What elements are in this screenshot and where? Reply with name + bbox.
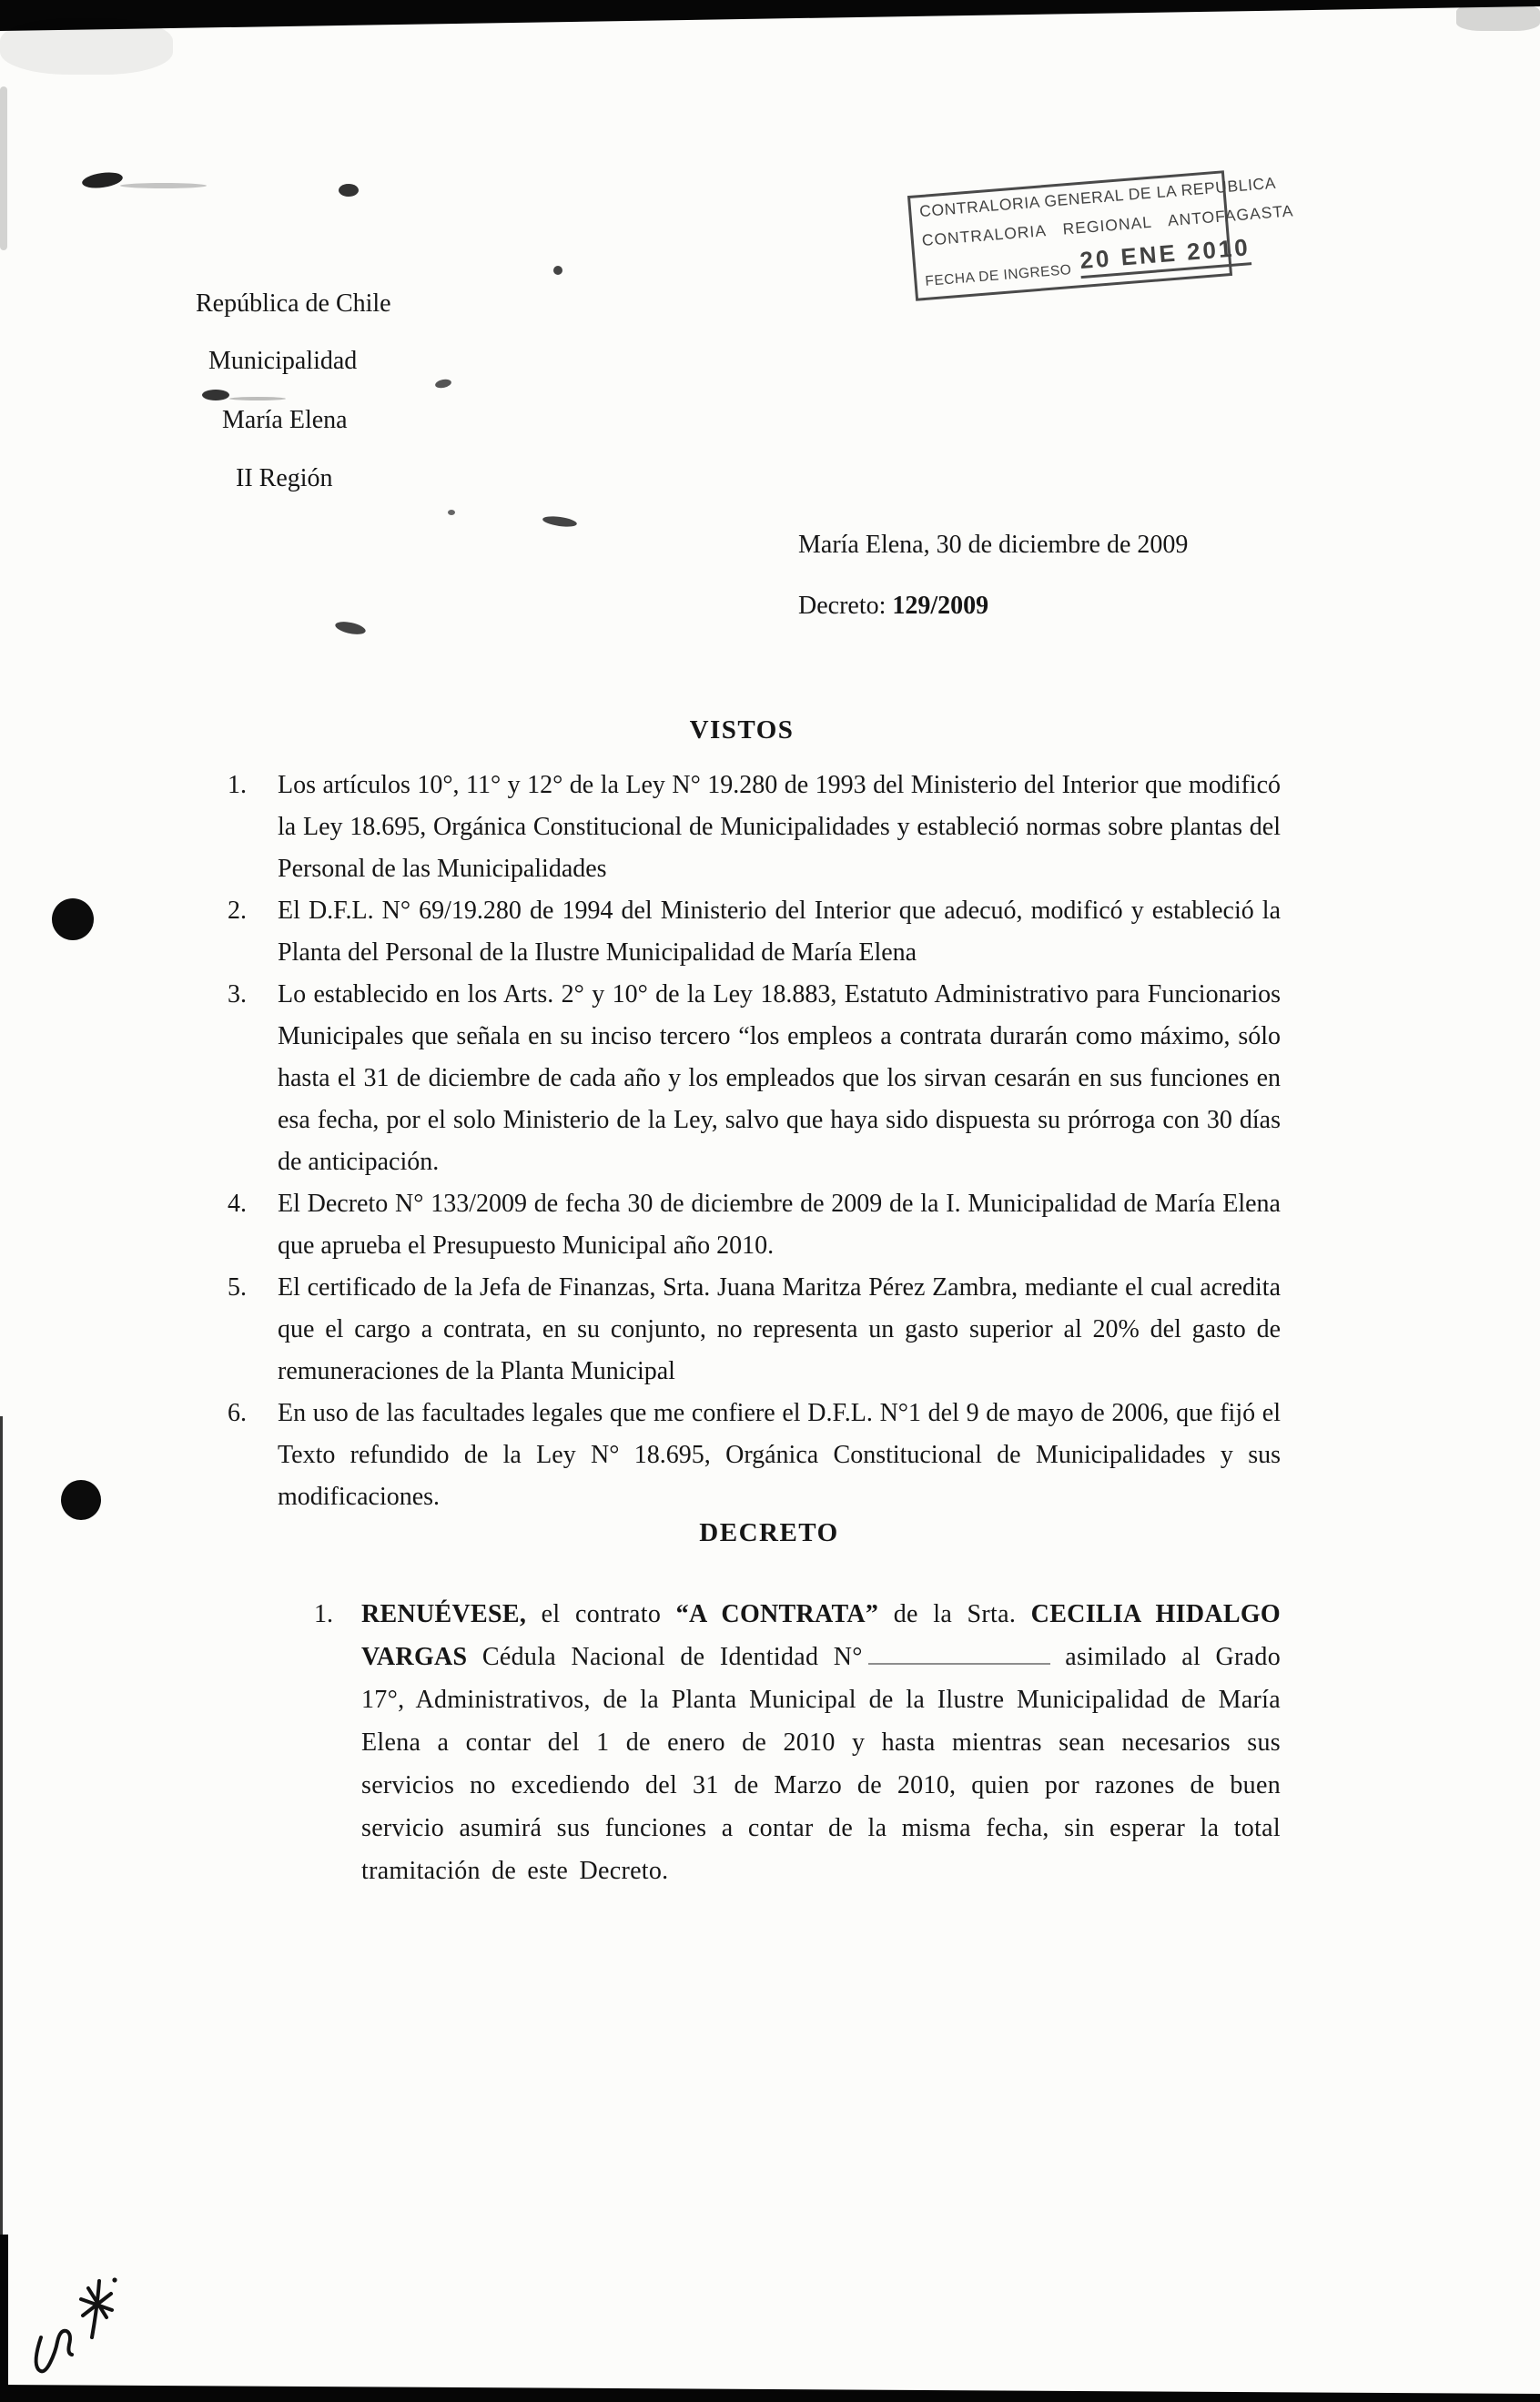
ink-smudge xyxy=(202,390,229,400)
ink-smudge xyxy=(542,514,577,528)
letterhead-line: II Región xyxy=(236,464,333,493)
ink-smudge xyxy=(81,170,124,190)
letterhead-line: Municipalidad xyxy=(208,347,357,376)
ink-smudge xyxy=(229,397,286,400)
letterhead-line: María Elena xyxy=(222,406,348,435)
redacted-id-blank xyxy=(868,1650,1050,1665)
item-text: El D.F.L. N° 69/19.280 de 1994 del Minis… xyxy=(278,890,1281,974)
item-text: El Decreto N° 133/2009 de fecha 30 de di… xyxy=(278,1183,1281,1267)
item-text: RENUÉVESE, el contrato “A CONTRATA” de l… xyxy=(361,1593,1281,1892)
item-text-segment: asimilado al Grado 17°, Administrativos,… xyxy=(361,1643,1281,1885)
ink-smudge xyxy=(448,510,455,515)
list-item: 1. RENUÉVESE, el contrato “A CONTRATA” d… xyxy=(314,1593,1281,1892)
ink-smudge xyxy=(334,620,367,637)
scan-edge-left xyxy=(0,1416,3,2245)
item-number: 3. xyxy=(228,974,278,1183)
scan-edge-top xyxy=(0,0,1540,33)
list-item: 3. Lo establecido en los Arts. 2° y 10° … xyxy=(228,974,1281,1183)
hole-punch-mark xyxy=(52,898,94,940)
decreto-heading: DECRETO xyxy=(228,1518,1311,1548)
item-number: 4. xyxy=(228,1183,278,1267)
item-number: 2. xyxy=(228,890,278,974)
list-item: 1. Los artículos 10°, 11° y 12° de la Le… xyxy=(228,765,1281,890)
decreto-list: 1. RENUÉVESE, el contrato “A CONTRATA” d… xyxy=(314,1593,1281,1892)
scanned-page: CONTRALORIA GENERAL DE LA REPUBLICA CONT… xyxy=(0,0,1540,2402)
scan-speckle-left xyxy=(0,86,7,250)
item-number: 5. xyxy=(228,1267,278,1393)
ink-smudge xyxy=(339,184,359,197)
decree-line: Decreto: 129/2009 xyxy=(798,592,988,621)
list-item: 5. El certificado de la Jefa de Finanzas… xyxy=(228,1267,1281,1393)
item-text: Lo establecido en los Arts. 2° y 10° de … xyxy=(278,974,1281,1183)
ink-smudge xyxy=(120,183,207,188)
letterhead-line: República de Chile xyxy=(196,289,391,319)
stamp-date-label: FECHA DE INGRESO xyxy=(925,262,1072,291)
item-number: 1. xyxy=(314,1593,361,1892)
list-item: 6. En uso de las facultades legales que … xyxy=(228,1393,1281,1518)
vistos-list: 1. Los artículos 10°, 11° y 12° de la Le… xyxy=(228,765,1281,1518)
dateline: María Elena, 30 de diciembre de 2009 xyxy=(798,531,1188,560)
item-text: En uso de las facultades legales que me … xyxy=(278,1393,1281,1518)
handwritten-mark xyxy=(23,2268,141,2387)
scan-edge-bottom xyxy=(0,2377,1540,2402)
item-text: El certificado de la Jefa de Finanzas, S… xyxy=(278,1267,1281,1393)
stamp-date-value: 20 ENE 2010 xyxy=(1079,233,1251,279)
scan-speckle-topright xyxy=(1456,4,1540,31)
item-text-segment: el contrato xyxy=(526,1600,675,1628)
ink-smudge xyxy=(434,378,451,390)
decree-number: 129/2009 xyxy=(892,592,988,620)
list-item: 4. El Decreto N° 133/2009 de fecha 30 de… xyxy=(228,1183,1281,1267)
item-text-segment: de la Srta. xyxy=(878,1600,1030,1628)
item-text: Los artículos 10°, 11° y 12° de la Ley N… xyxy=(278,765,1281,890)
scan-shadow-topleft xyxy=(0,18,173,75)
item-text-segment: Cédula Nacional de Identidad N° xyxy=(467,1643,862,1671)
hole-punch-mark xyxy=(61,1480,101,1520)
contraloria-stamp: CONTRALORIA GENERAL DE LA REPUBLICA CONT… xyxy=(907,170,1232,301)
decree-label: Decreto: xyxy=(798,592,892,620)
scan-edge-left-lower xyxy=(0,2235,8,2402)
item-number: 6. xyxy=(228,1393,278,1518)
vistos-heading: VISTOS xyxy=(228,715,1256,745)
list-item: 2. El D.F.L. N° 69/19.280 de 1994 del Mi… xyxy=(228,890,1281,974)
item-number: 1. xyxy=(228,765,278,890)
contract-type: “A CONTRATA” xyxy=(676,1600,879,1628)
decree-verb: RENUÉVESE, xyxy=(361,1600,526,1628)
ink-smudge xyxy=(553,266,562,275)
